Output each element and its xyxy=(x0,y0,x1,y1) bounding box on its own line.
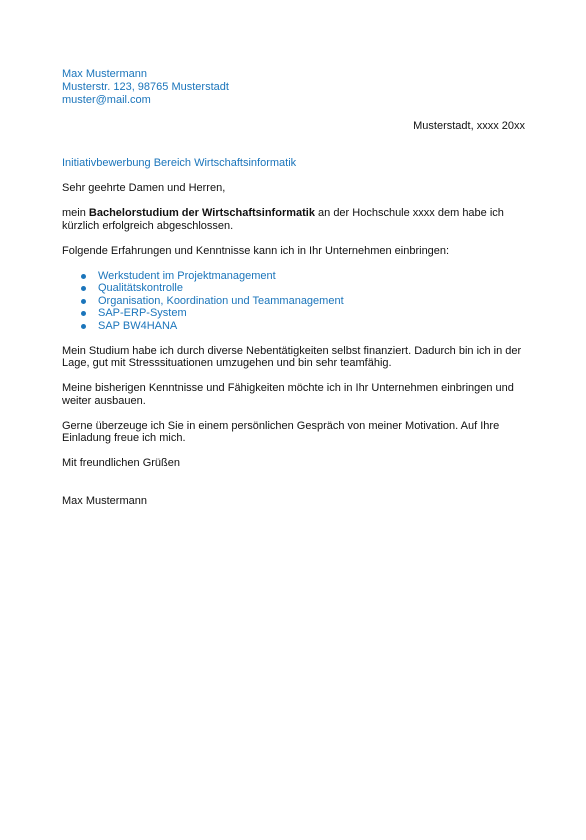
signature: Max Mustermann xyxy=(62,495,532,508)
bullet-icon xyxy=(81,299,86,304)
paragraph-financing: Mein Studium habe ich durch diverse Nebe… xyxy=(62,345,532,370)
subject-line: Initiativbewerbung Bereich Wirtschaftsin… xyxy=(62,157,532,170)
sender-email: muster@mail.com xyxy=(62,94,229,107)
closing: Mit freundlichen Grüßen xyxy=(62,457,532,470)
list-item: Qualitätskontrolle xyxy=(80,282,532,295)
list-item: Werkstudent im Projektmanagement xyxy=(80,270,532,283)
salutation: Sehr geehrte Damen und Herren, xyxy=(62,182,532,195)
paragraph-goals: Meine bisherigen Kenntnisse und Fähigkei… xyxy=(62,382,532,407)
list-item: Organisation, Koordination und Teammanag… xyxy=(80,295,532,308)
sender-block: Max Mustermann Musterstr. 123, 98765 Mus… xyxy=(62,68,229,107)
bullet-icon xyxy=(81,311,86,316)
list-item: SAP-ERP-System xyxy=(80,307,532,320)
paragraph-education-pre: mein xyxy=(62,207,89,219)
bullet-icon xyxy=(81,286,86,291)
sender-address: Musterstr. 123, 98765 Musterstadt xyxy=(62,81,229,94)
letter-page: Max Mustermann Musterstr. 123, 98765 Mus… xyxy=(0,0,586,840)
list-item: SAP BW4HANA xyxy=(80,320,532,333)
sender-name: Max Mustermann xyxy=(62,68,229,81)
paragraph-education: mein Bachelorstudium der Wirtschaftsinfo… xyxy=(62,207,532,232)
degree-highlight: Bachelorstudium der Wirtschaftsinformati… xyxy=(89,207,315,219)
bullet-icon xyxy=(81,274,86,279)
letter-body: Initiativbewerbung Bereich Wirtschaftsin… xyxy=(62,157,532,507)
skills-list: Werkstudent im Projektmanagement Qualitä… xyxy=(62,270,532,333)
paragraph-invitation: Gerne überzeuge ich Sie in einem persönl… xyxy=(62,420,532,445)
bullet-icon xyxy=(81,324,86,329)
date-line: Musterstadt, xxxx 20xx xyxy=(413,120,525,132)
skills-intro: Folgende Erfahrungen und Kenntnisse kann… xyxy=(62,245,532,258)
